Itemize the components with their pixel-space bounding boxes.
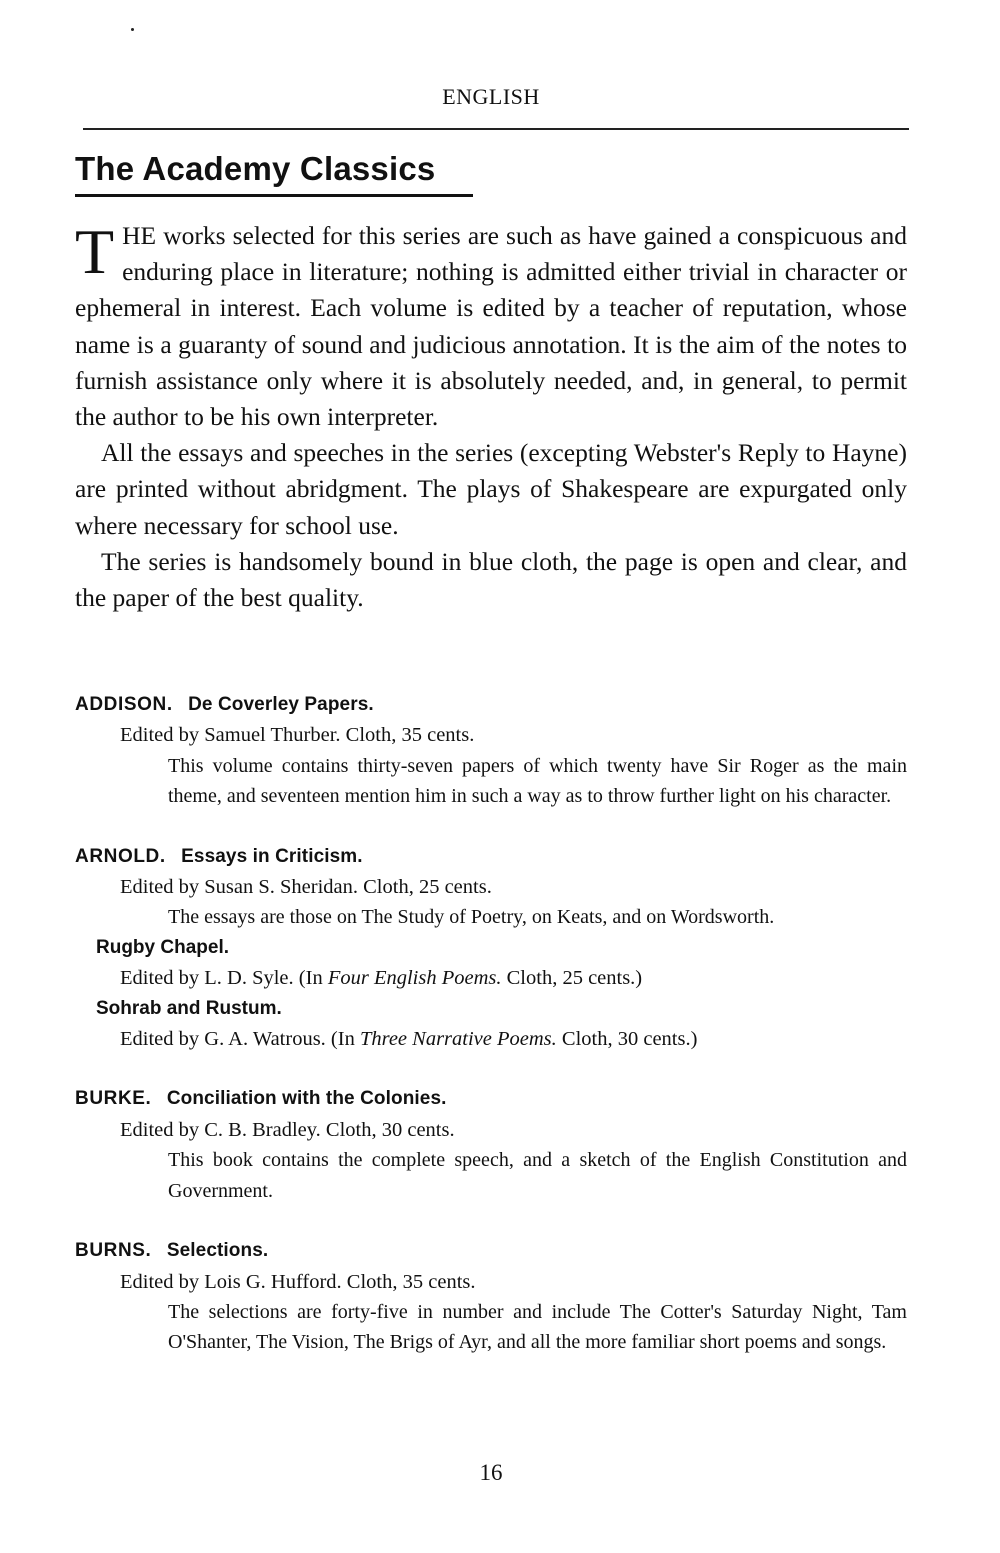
intro-paragraph-3: The series is handsomely bound in blue c…: [75, 544, 907, 616]
sub-work-editor: Edited by G. A. Watrous. (In: [120, 1028, 360, 1050]
entry-editor-price: Edited by Lois G. Hufford. Cloth, 35 cen…: [75, 1267, 907, 1297]
sub-work-title: Rugby Chapel.: [75, 933, 907, 963]
catalog-entry-addison: ADDISON. De Coverley Papers. Edited by S…: [75, 690, 907, 812]
entry-author: BURKE.: [75, 1088, 151, 1109]
catalog-entries: ADDISON. De Coverley Papers. Edited by S…: [75, 690, 907, 1388]
intro-paragraph-1: T HE works selected for this series are …: [75, 218, 907, 435]
intro-paragraph-2: All the essays and speeches in the serie…: [75, 435, 907, 544]
scan-speck: [131, 28, 134, 31]
series-introduction: T HE works selected for this series are …: [75, 218, 907, 616]
running-head: ENGLISH: [75, 84, 907, 110]
sub-work-title: Sohrab and Rustum.: [75, 994, 907, 1024]
sub-work-price: Cloth, 30 cents.): [557, 1028, 698, 1050]
entry-description: This book contains the complete speech, …: [75, 1145, 907, 1206]
entry-work-title: Selections.: [167, 1240, 268, 1261]
entry-author: ARNOLD.: [75, 846, 166, 867]
sub-work-editor-price: Edited by L. D. Syle. (In Four English P…: [75, 963, 907, 993]
catalog-entry-burke: BURKE. Conciliation with the Colonies. E…: [75, 1084, 907, 1206]
sub-work-editor: Edited by L. D. Syle. (In: [120, 967, 328, 989]
sub-work-collection: Four English Poems.: [328, 967, 502, 989]
sub-work-collection: Three Narrative Poems.: [360, 1028, 557, 1050]
catalog-entry-burns: BURNS. Selections. Edited by Lois G. Huf…: [75, 1236, 907, 1358]
catalog-entry-arnold: ARNOLD. Essays in Criticism. Edited by S…: [75, 842, 907, 1055]
entry-author: BURNS.: [75, 1240, 151, 1261]
entry-description: The selections are forty-five in number …: [75, 1297, 907, 1358]
entry-editor-price: Edited by C. B. Bradley. Cloth, 30 cents…: [75, 1115, 907, 1145]
series-title: The Academy Classics: [75, 150, 473, 197]
entry-heading: BURNS. Selections.: [75, 1236, 907, 1266]
entry-heading: ADDISON. De Coverley Papers.: [75, 690, 907, 720]
sub-work-editor-price: Edited by G. A. Watrous. (In Three Narra…: [75, 1024, 907, 1054]
intro-paragraph-1-text: HE works selected for this series are su…: [75, 221, 907, 431]
sub-work-price: Cloth, 25 cents.): [502, 967, 643, 989]
entry-editor-price: Edited by Susan S. Sheridan. Cloth, 25 c…: [75, 872, 907, 902]
entry-author: ADDISON.: [75, 694, 173, 715]
entry-work-title: Essays in Criticism.: [181, 846, 363, 867]
entry-heading: ARNOLD. Essays in Criticism.: [75, 842, 907, 872]
entry-work-title: De Coverley Papers.: [188, 694, 374, 715]
entry-work-title: Conciliation with the Colonies.: [167, 1088, 447, 1109]
entry-heading: BURKE. Conciliation with the Colonies.: [75, 1084, 907, 1114]
entry-editor-price: Edited by Samuel Thurber. Cloth, 35 cent…: [75, 720, 907, 750]
page-number: 16: [75, 1460, 907, 1486]
header-rule: [83, 128, 909, 130]
entry-description: This volume contains thirty-seven papers…: [75, 751, 907, 812]
drop-cap: T: [75, 224, 114, 278]
entry-description: The essays are those on The Study of Poe…: [75, 902, 907, 932]
